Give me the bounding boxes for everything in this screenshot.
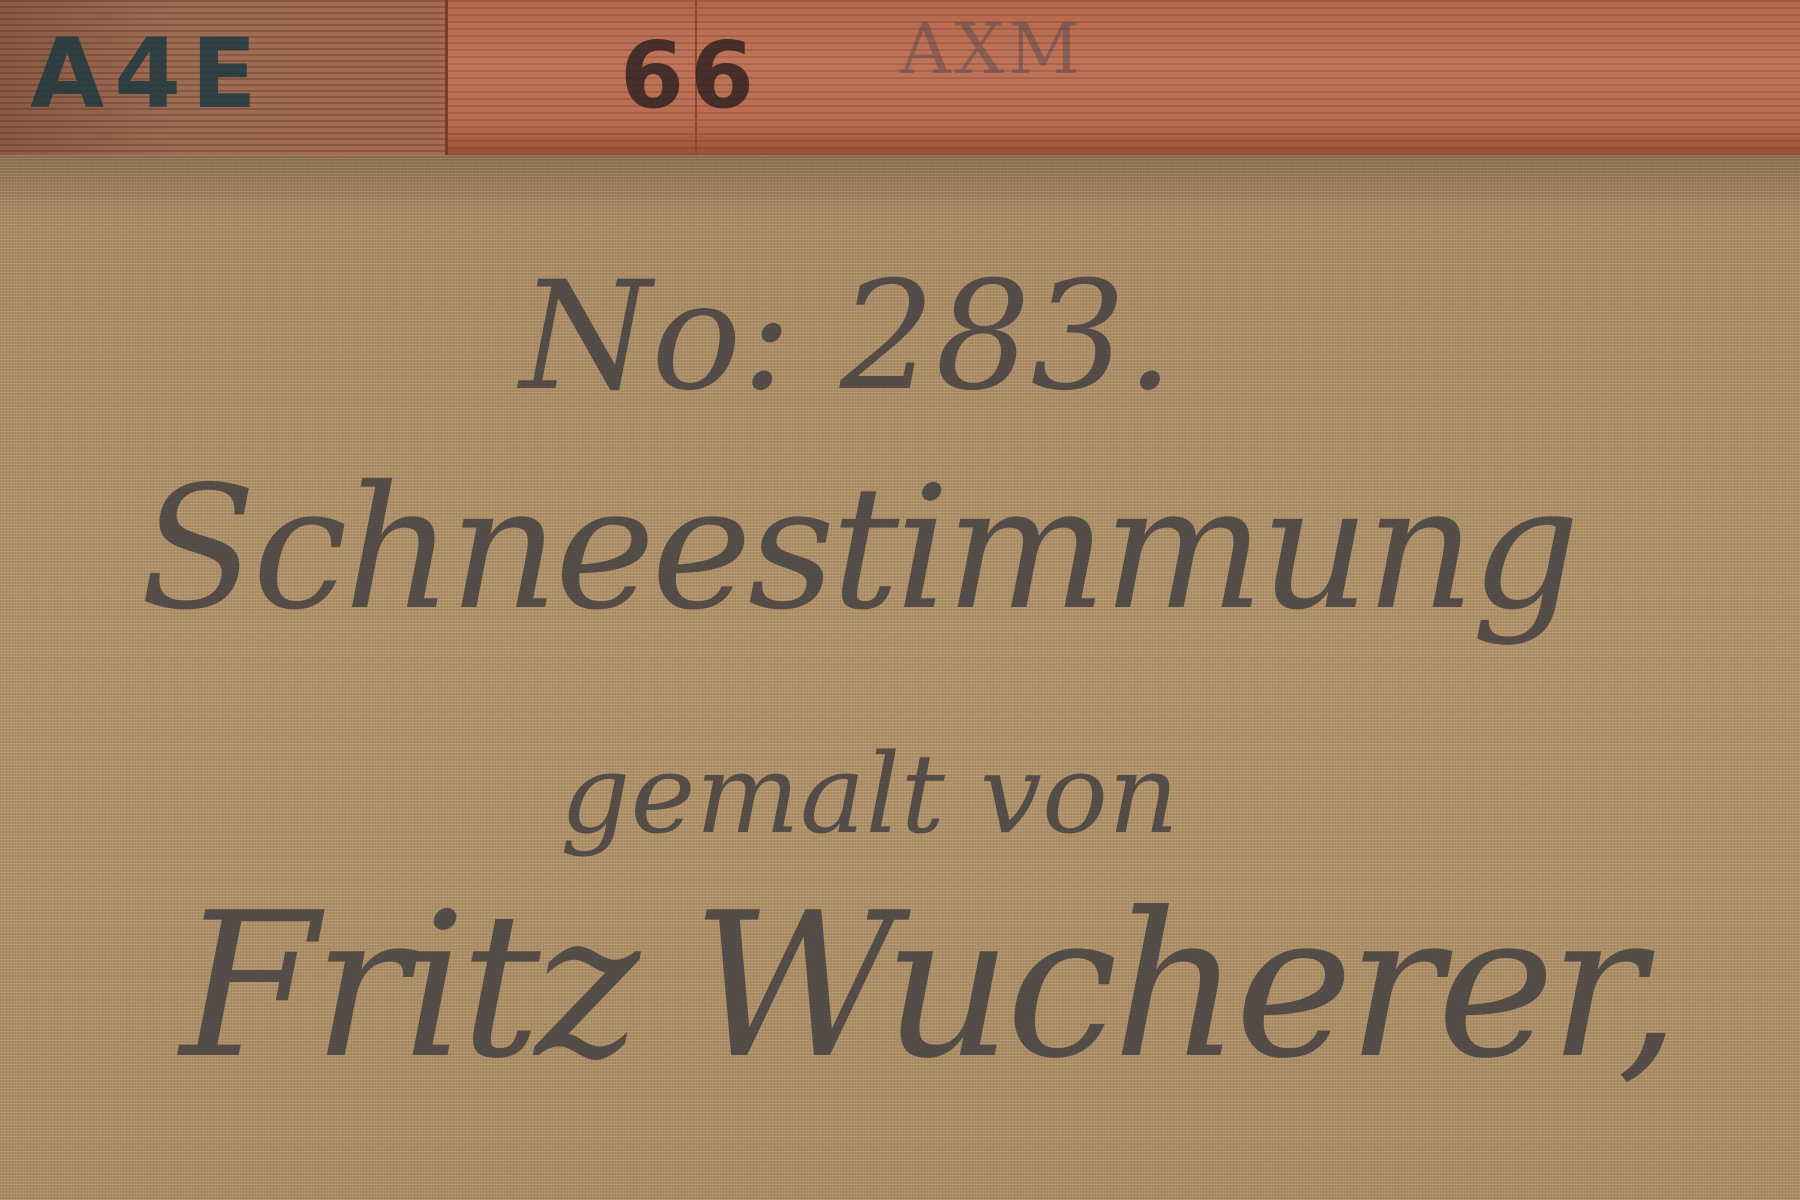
inscription-artist-signature: Fritz Wucherer, [180,870,1674,1103]
pencil-marks-on-bar: AXM [900,8,1084,90]
inscription-number: No: 283. [520,250,1174,424]
wood-joint [445,0,448,155]
stretcher-bar: A4E 66 AXM [0,0,1800,155]
stencil-marking: A4E [30,18,267,130]
stamp-number: 66 [620,22,760,129]
inscription-title: Schneestimmung [140,450,1576,648]
inscription-painted-by: gemalt von [560,730,1179,858]
